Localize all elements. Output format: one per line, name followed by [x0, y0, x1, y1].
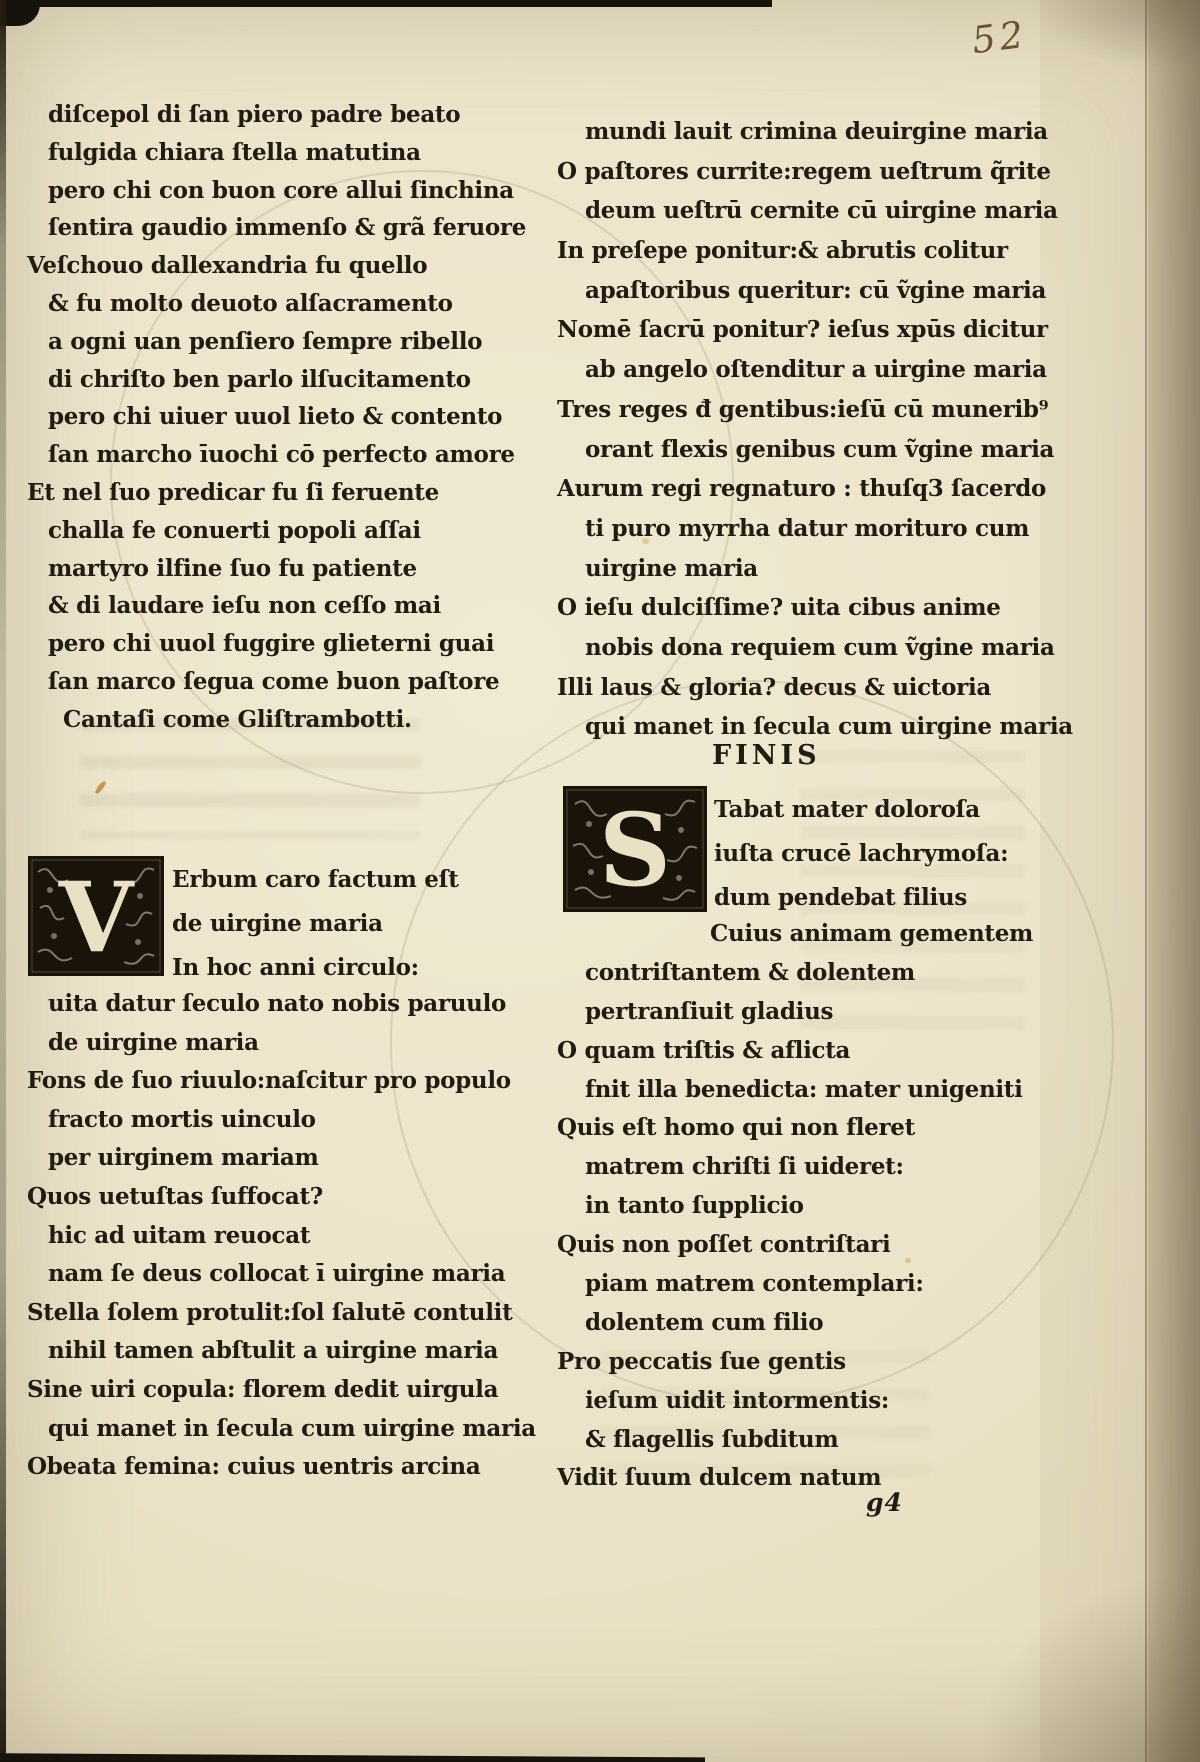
poem-line: in tanto ſupplicio [557, 1187, 1027, 1226]
poem-line: In hoc anni circulo: [172, 946, 502, 990]
page-shadow-top-right [1030, 0, 1200, 70]
poem-line: contriſtantem & dolentem [557, 954, 1027, 993]
poem-line: piam matrem contemplari: [557, 1265, 1027, 1304]
poem-line: ab angelo oſtenditur a uirgine maria [557, 350, 1027, 390]
poem-line: orant flexis genibus cum ṽgine maria [557, 430, 1027, 470]
poem-line: iuſta crucē lachrymoſa: [714, 832, 1034, 876]
poem-line: O quam triſtis & aflicta [557, 1032, 1027, 1071]
page-edge-top [0, 0, 772, 7]
poem-line: Quos uetuſtas ſuffocat? [27, 1178, 497, 1217]
poem-line: de uirgine maria [172, 902, 502, 946]
poem-line: uirgine maria [557, 549, 1027, 589]
poem-line: dum pendebat filius [714, 876, 1034, 920]
signature-mark: g4 [866, 1488, 903, 1517]
decorated-initial-s: S [563, 786, 707, 912]
paper-page: 52 diſcepol di ſan piero padre beatofulg… [0, 0, 1200, 1762]
poem-line: O ieſu dulciſſime? uita cibus anime [557, 588, 1027, 628]
page-edge-bottom [0, 1751, 705, 1762]
poem-line: Erbum caro factum eſt [172, 858, 502, 902]
poem-line: & flagellis ſubditum [557, 1421, 1027, 1460]
page-edge-right-crease [1145, 0, 1147, 1762]
right-column-beside-initial: Tabat mater doloroſaiuſta crucē lachrymo… [714, 788, 1034, 920]
initial-letter-v: V [58, 861, 135, 974]
poem-line: fracto mortis uinculo [27, 1101, 497, 1140]
poem-line: fulgida chiara ſtella matutina [27, 134, 497, 172]
poem-line: ſan marco ſegua come buon paſtore [27, 663, 497, 701]
poem-line: & fu molto deuoto alſacramento [27, 285, 497, 323]
poem-line: challa fe conuerti popoli aſſai [27, 512, 497, 550]
initial-letter-s: S [599, 791, 671, 909]
poem-line: matrem chriſti ſi uideret: [557, 1148, 1027, 1187]
poem-line: di chriſto ben parlo ilſucitamento [27, 361, 497, 399]
poem-line: Quis eſt homo qui non fleret [557, 1109, 1027, 1148]
poem-line: ſan marcho īuochi cō perfecto amore [27, 436, 497, 474]
right-column-verbum-caro-end: mundi lauit crimina deuirgine mariaO paſ… [557, 112, 1027, 747]
poem-line: a ogni uan penſiero ſempre ribello [27, 323, 497, 361]
poem-line: Fons de ſuo riuulo:naſcitur pro populo [27, 1062, 497, 1101]
poem-line: deum ueſtrū cernite cū uirgine maria [557, 191, 1027, 231]
poem-line: & di laudare ieſu non ceſſo mai [27, 587, 497, 625]
page-shadow-bottom-right [980, 1580, 1200, 1762]
poem-line: apaſtoribus queritur: cū ṽgine maria [557, 271, 1027, 311]
finis-heading: FINIS [712, 740, 821, 771]
poem-line: Tres reges đ gentibus:ieſū cū munerib⁹ [557, 390, 1027, 430]
page-edge-left [0, 0, 6, 1762]
poem-line: nihil tamen abſtulit a uirgine maria [27, 1332, 497, 1371]
poem-line: pero chi con buon core allui ſinchina [27, 172, 497, 210]
poem-line: ti puro myrrha datur morituro cum [557, 509, 1027, 549]
poem-line: Aurum regi regnaturo : thuſq3 ſacerdo [557, 469, 1027, 509]
page-corner-top-left [0, 0, 40, 26]
poem-line: Illi laus & gloria? decus & uictoria [557, 668, 1027, 708]
right-column-stabat-mater: Cuius animam gementemcontriſtantem & dol… [557, 915, 1027, 1498]
poem-line: pertranſiuit gladius [557, 993, 1027, 1032]
decorated-initial-v: V [28, 856, 164, 976]
poem-line: diſcepol di ſan piero padre beato [27, 96, 497, 134]
poem-line: de uirgine maria [27, 1024, 497, 1063]
poem-line: Cantaſi come Gliſtrambotti. [27, 701, 497, 739]
poem-line: In preſepe ponitur:& abrutis colitur [557, 231, 1027, 271]
poem-line: fnit illa benedicta: mater unigeniti [557, 1071, 1027, 1110]
poem-line: mundi lauit crimina deuirgine maria [557, 112, 1027, 152]
initial-s-woodcut: S [563, 786, 707, 912]
poem-line: Quis non poſſet contriſtari [557, 1226, 1027, 1265]
poem-line: Sine uiri copula: florem dedit uirgula [27, 1371, 497, 1410]
poem-line: qui manet in ſecula cum uirgine maria [27, 1410, 497, 1449]
poem-line: Tabat mater doloroſa [714, 788, 1034, 832]
poem-line: Pro peccatis ſue gentis [557, 1343, 1027, 1382]
poem-line: nam ſe deus collocat ī uirgine maria [27, 1255, 497, 1294]
poem-line: Vidit ſuum dulcem natum [557, 1459, 1027, 1498]
poem-line: dolentem cum filio [557, 1304, 1027, 1343]
poem-line: Cuius animam gementem [557, 915, 1027, 954]
poem-line: ſentira gaudio immenſo & grã feruore [27, 209, 497, 247]
initial-v-woodcut: V [28, 856, 164, 976]
poem-line: Stella ſolem protulit:ſol ſalutē contuli… [27, 1294, 497, 1333]
poem-line: martyro ilfine ſuo fu patiente [27, 550, 497, 588]
poem-line: nobis dona requiem cum ṽgine maria [557, 628, 1027, 668]
poem-line: pero chi uuol fuggire glieterni guai [27, 625, 497, 663]
poem-line: pero chi uiuer uuol lieto & contento [27, 398, 497, 436]
poem-line: Veſchouo dallexandria fu quello [27, 247, 497, 285]
poem-line: O paſtores currite:regem ueſtrum q̃rite [557, 152, 1027, 192]
handwritten-folio-number: 52 [970, 13, 1030, 62]
poem-line: ieſum uidit intormentis: [557, 1382, 1027, 1421]
left-column-verbum-caro: uita datur ſeculo nato nobis paruulode u… [27, 985, 497, 1487]
poem-line: Obeata femina: cuius uentris arcina [27, 1448, 497, 1487]
poem-line: hic ad uitam reuocat [27, 1217, 497, 1256]
poem-line: uita datur ſeculo nato nobis paruulo [27, 985, 497, 1024]
page-edge-right [1148, 0, 1200, 1762]
poem-line: Et nel ſuo predicar fu ſi feruente [27, 474, 497, 512]
poem-line: per uirginem mariam [27, 1139, 497, 1178]
poem-line: Nomē ſacrū ponitur? ieſus xpūs dicitur [557, 310, 1027, 350]
left-column-strambotti: diſcepol di ſan piero padre beatofulgida… [27, 96, 497, 739]
left-column-beside-initial: Erbum caro factum eſtde uirgine mariaIn … [172, 858, 502, 990]
